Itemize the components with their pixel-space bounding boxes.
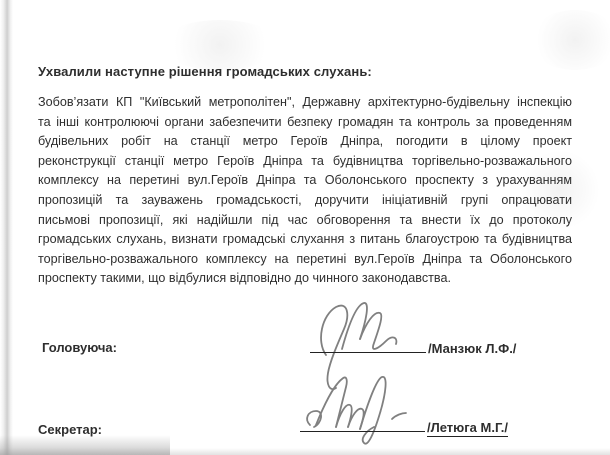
- scan-blotch: [530, 10, 610, 70]
- scan-shadow-bottom-left: [0, 435, 170, 455]
- paragraph-line: проспекту такими, що відбулися відповідн…: [38, 269, 572, 289]
- paragraph-line: реконструкції станції метро Героїв Дніпр…: [38, 152, 572, 172]
- paragraph-line: та інші контролюючі органи забезпечити б…: [38, 113, 572, 133]
- paragraph-line: комплексу на перетині вул.Героїв Дніпра …: [38, 171, 572, 191]
- paragraph-line: будівельних робіт на станції метро Герої…: [38, 132, 572, 152]
- scan-edge-left: [0, 0, 13, 455]
- scan-blotch: [160, 20, 280, 70]
- paragraph-line: торгівельно-розважального комплексу на п…: [38, 250, 572, 270]
- chairwoman-label: Головуюча:: [42, 340, 117, 355]
- secretary-signature-scribble: [300, 369, 435, 454]
- resolution-paragraph: Зобов’язати КП "Київський метрополітен",…: [38, 93, 572, 289]
- paragraph-line: письмові пропозиції, які надійшли під ча…: [38, 211, 572, 231]
- paragraph-line: пропозицій та зауважень громадськості, д…: [38, 191, 572, 211]
- document-page: Ухвалили наступне рішення громадських сл…: [0, 0, 610, 455]
- paragraph-line: Зобов’язати КП "Київський метрополітен",…: [38, 93, 572, 113]
- secretary-signature-line: [300, 431, 425, 432]
- secretary-name: /Летюга М.Г./: [427, 420, 508, 437]
- chairwoman-name: /Манзюк Л.Ф./: [428, 341, 516, 356]
- resolution-heading: Ухвалили наступне рішення громадських сл…: [38, 64, 578, 79]
- chairwoman-signature-line: [310, 352, 426, 353]
- paragraph-line: громадських слухань, визнати громадські …: [38, 230, 572, 250]
